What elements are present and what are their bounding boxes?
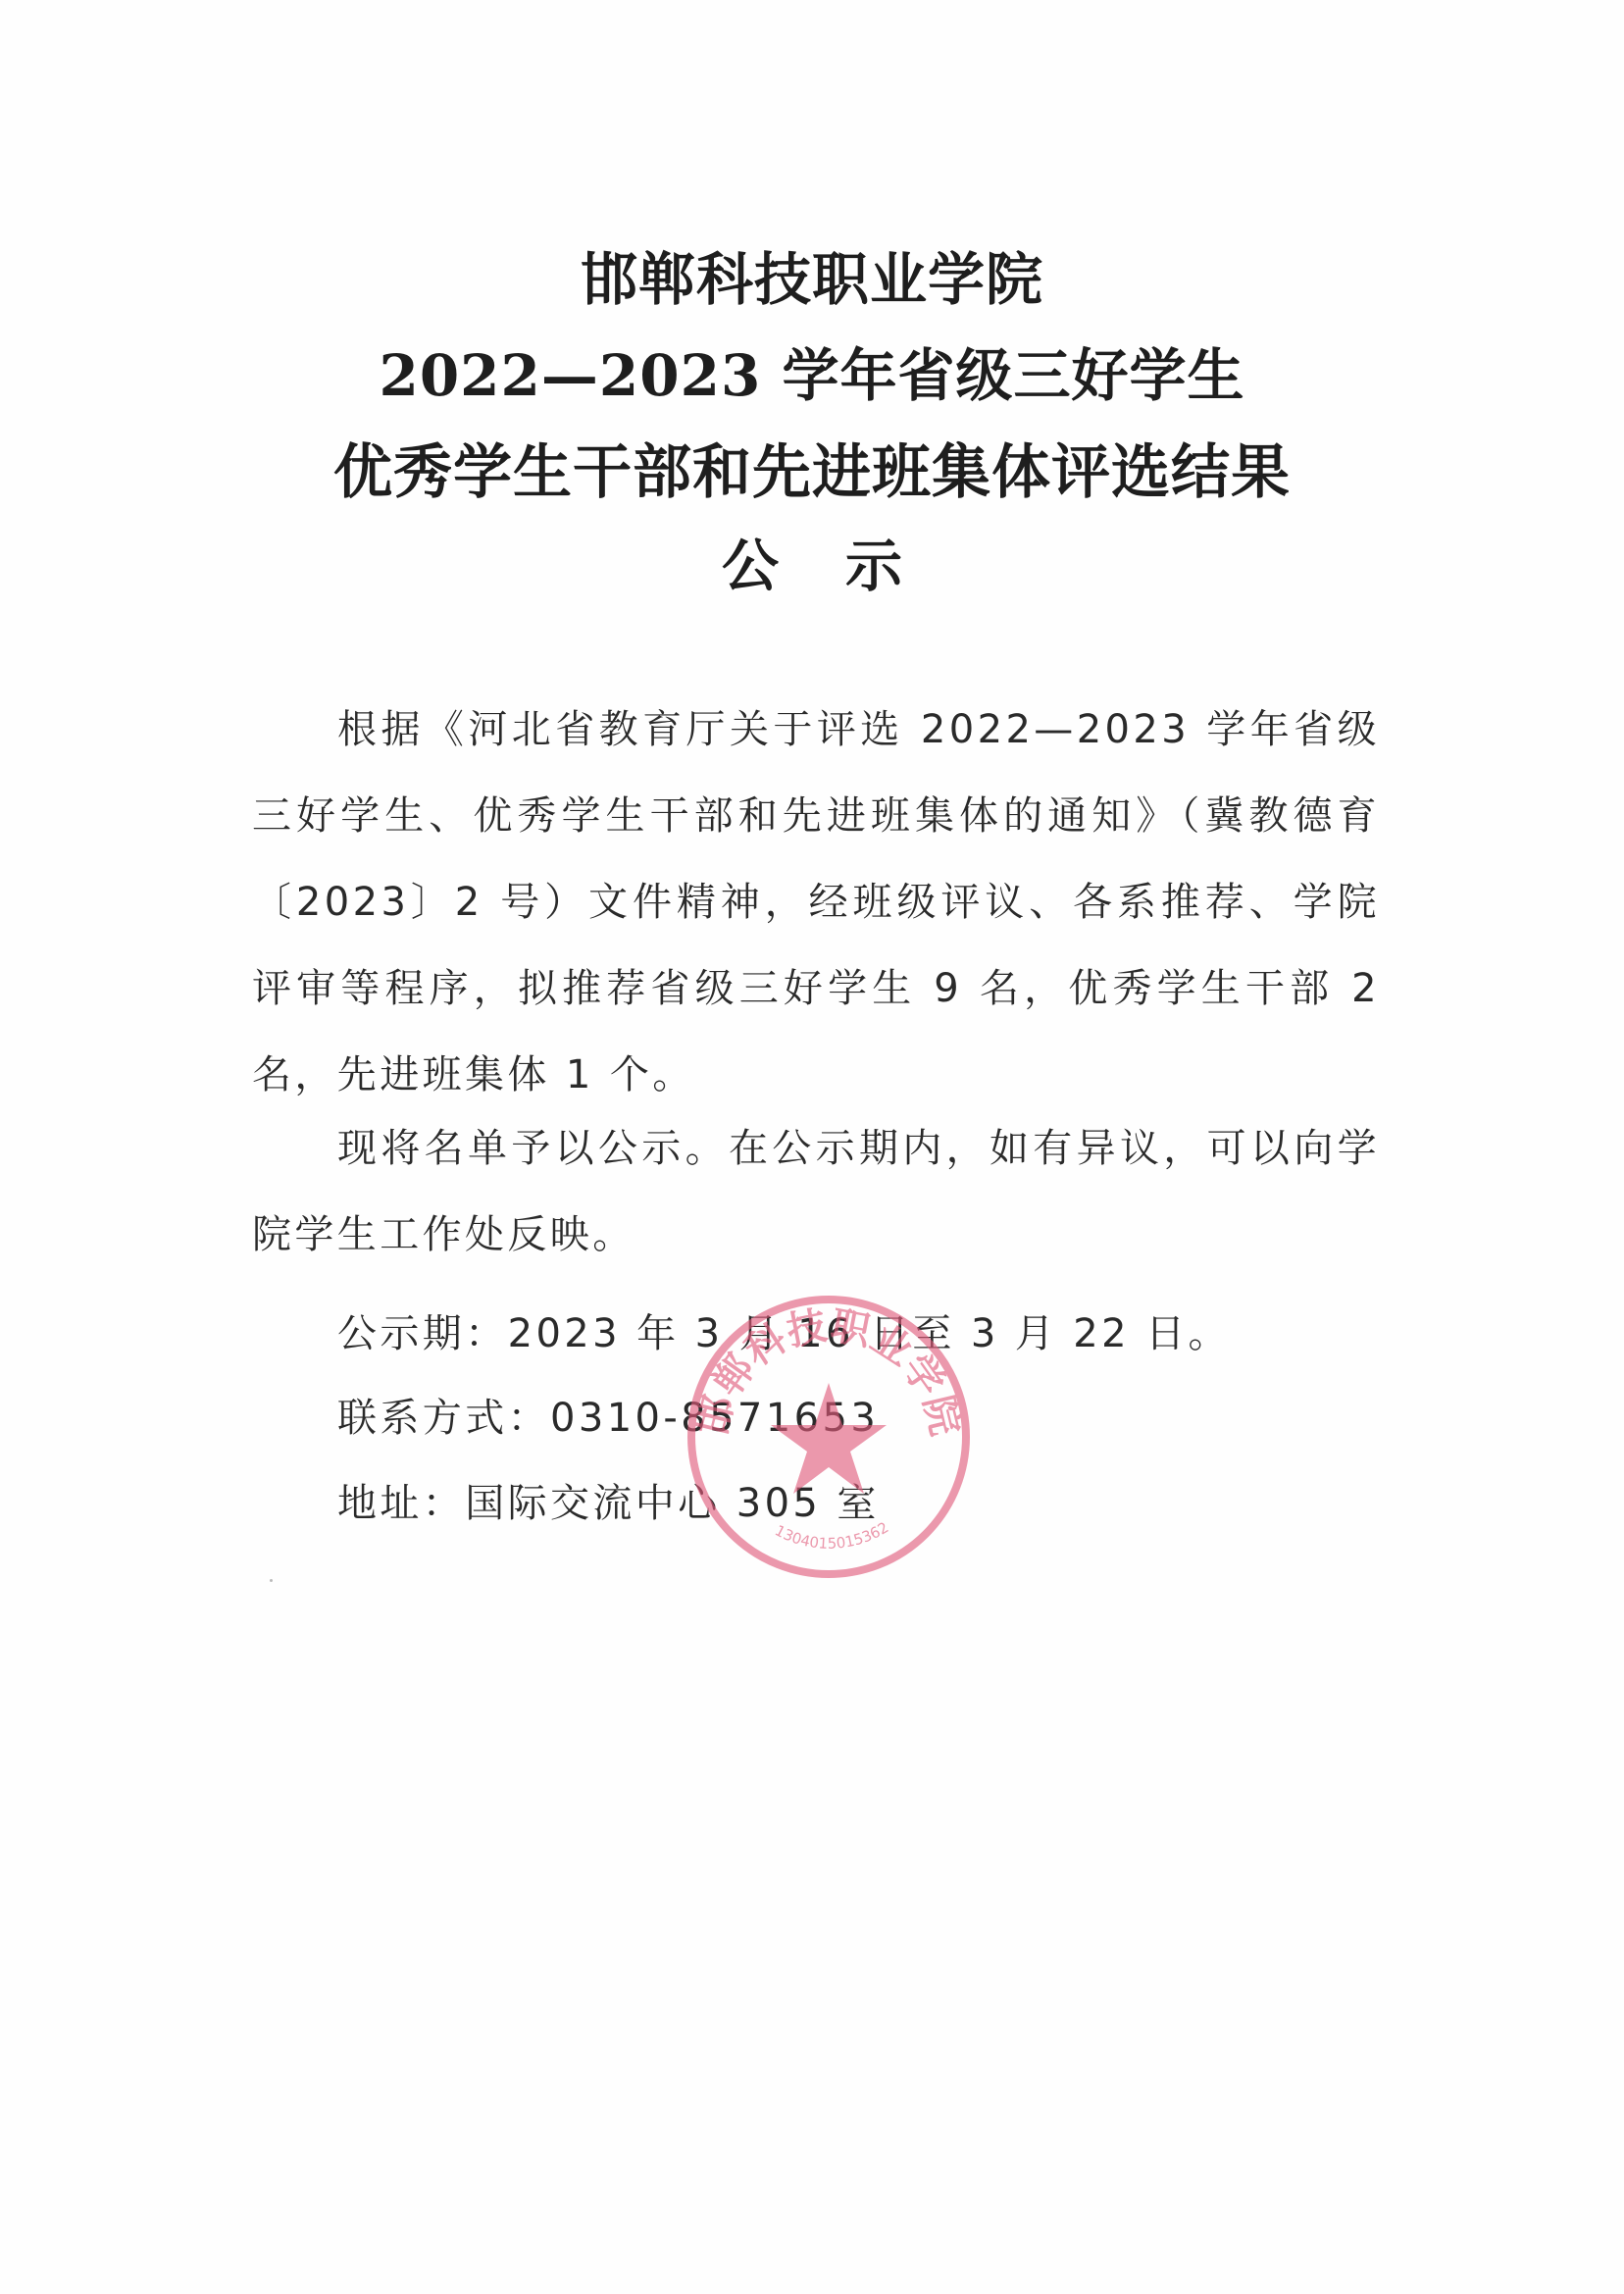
- title-result: 优秀学生干部和先进班集体评选结果: [0, 426, 1624, 510]
- paragraph-basis: 根据《河北省教育厅关于评选 2022—2023 学年省级三好学生、优秀学生干部和…: [252, 687, 1380, 1118]
- document-page: 邯郸科技职业学院 2022—2023 学年省级三好学生 优秀学生干部和先进班集体…: [0, 0, 1624, 2294]
- paragraph-objection: 现将名单予以公示。在公示期内，如有异议，可以向学院学生工作处反映。: [252, 1105, 1380, 1278]
- title-notice: 公示: [0, 520, 1624, 602]
- title-year-award: 2022—2023 学年省级三好学生: [0, 330, 1624, 412]
- title-institution: 邯郸科技职业学院: [0, 233, 1624, 316]
- official-seal-icon: 邯郸科技职业学院 1304015015362: [682, 1290, 976, 1584]
- scan-speck: [270, 1579, 273, 1582]
- svg-text:1304015015362: 1304015015362: [772, 1518, 891, 1553]
